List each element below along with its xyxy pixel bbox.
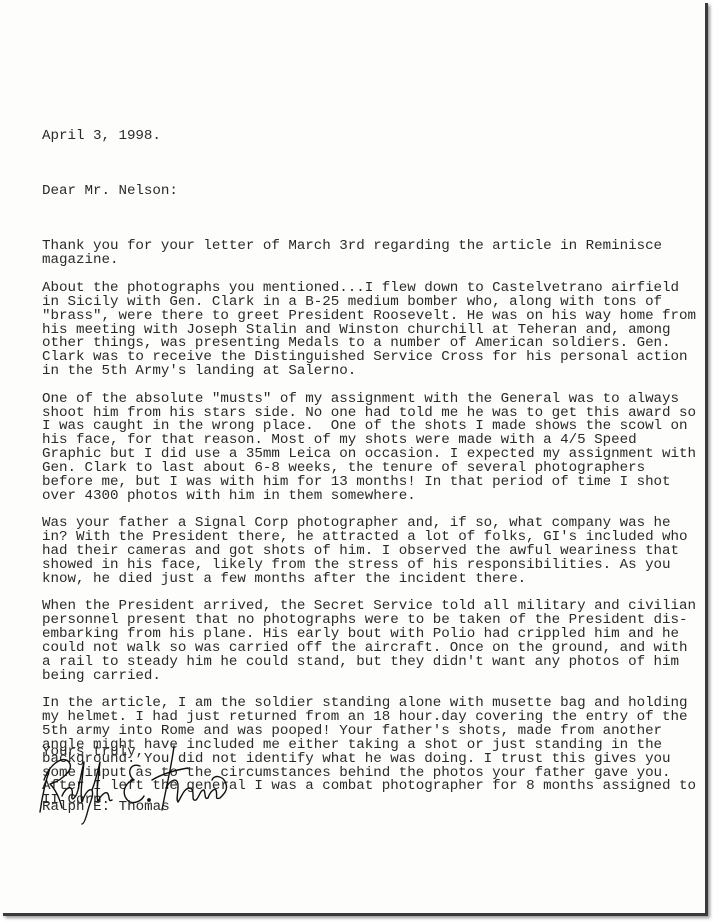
letter-paragraph: Thank you for your letter of March 3rd r… — [42, 240, 682, 268]
paragraph-line: magazine. — [42, 254, 682, 268]
paragraph-line: in the 5th Army's landing at Salerno. — [42, 365, 682, 379]
letter-date: April 3, 1998. — [42, 130, 682, 144]
letter-body: April 3, 1998. Dear Mr. Nelson: Thank yo… — [42, 102, 682, 850]
letter-paragraph: About the photographs you mentioned...I … — [42, 282, 682, 379]
paragraph-line: over 4300 photos with him in them somewh… — [42, 490, 682, 504]
typed-signer-name: Ralph E. Thomas — [42, 799, 170, 815]
letter-paragraph: Was your father a Signal Corp photograph… — [42, 517, 682, 586]
date-text: April 3, 1998. — [42, 130, 682, 144]
paragraph-line: being carried. — [42, 670, 682, 684]
letter-paragraphs: Thank you for your letter of March 3rd r… — [42, 240, 682, 808]
paragraph-line: Thank you for your letter of March 3rd r… — [42, 240, 682, 254]
salutation-text: Dear Mr. Nelson: — [42, 185, 682, 199]
letter-salutation: Dear Mr. Nelson: — [42, 185, 682, 199]
letter-paragraph: When the President arrived, the Secret S… — [42, 600, 682, 683]
letter-page: April 3, 1998. Dear Mr. Nelson: Thank yo… — [0, 0, 705, 913]
letter-paragraph: One of the absolute "musts" of my assign… — [42, 393, 682, 504]
paragraph-line: know, he died just a few months after th… — [42, 573, 682, 587]
